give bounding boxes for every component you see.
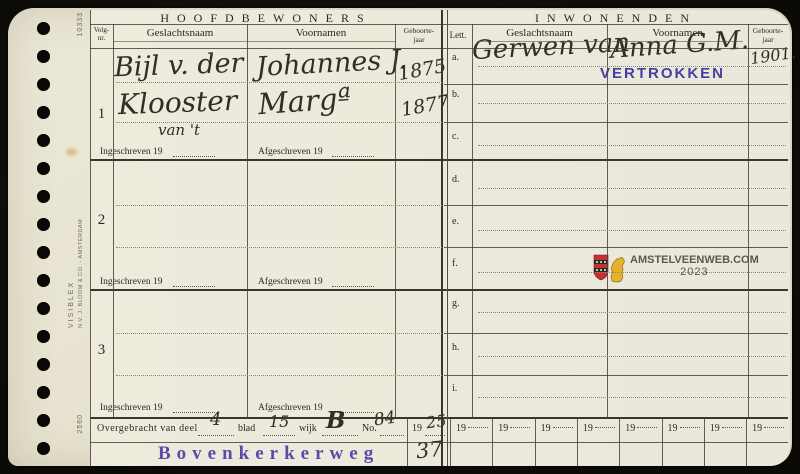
grid-line-horizontal bbox=[444, 247, 788, 248]
dotted-writing-line bbox=[116, 205, 442, 206]
overgebracht-label: Overgebracht van deel bbox=[97, 423, 198, 434]
dotted-writing-line bbox=[116, 82, 442, 83]
punch-hole bbox=[37, 50, 50, 63]
inwonenden-letter-label: e. bbox=[452, 216, 459, 227]
col-header-volgnr-line1: Volg- bbox=[94, 26, 109, 34]
afgeschreven-label-2: Afgeschreven 19 bbox=[258, 277, 323, 287]
ingeschreven-blank-2 bbox=[173, 286, 215, 287]
col-header-geboortejaar-right: Geboorte- jaar bbox=[748, 27, 788, 44]
handwritten-firstname-2: Margª bbox=[257, 81, 352, 121]
row-number-3: 3 bbox=[90, 342, 113, 359]
grid-line-vertical bbox=[407, 417, 408, 466]
grid-line-horizontal bbox=[444, 84, 788, 85]
year-cell-label: 19 bbox=[668, 423, 678, 434]
dotted-writing-line bbox=[116, 375, 442, 376]
grid-line-vertical bbox=[748, 24, 749, 417]
inwonenden-letter-label: i. bbox=[452, 383, 457, 394]
punch-hole bbox=[37, 134, 50, 147]
grid-line-vertical bbox=[472, 24, 473, 417]
year-cell: 19 bbox=[662, 417, 705, 466]
row-number-1: 1 bbox=[90, 106, 113, 123]
punch-hole bbox=[37, 246, 50, 259]
ingeschreven-label-2: Ingeschreven 19 bbox=[100, 277, 163, 287]
afgeschreven-blank-1 bbox=[332, 156, 374, 157]
grid-line-horizontal bbox=[247, 41, 395, 42]
handwritten-no: 84 bbox=[373, 408, 397, 431]
punch-hole bbox=[37, 302, 50, 315]
grid-line-horizontal bbox=[90, 289, 788, 291]
punch-hole bbox=[37, 106, 50, 119]
ingeschreven-blank-3 bbox=[173, 412, 215, 413]
row-number-2: 2 bbox=[90, 212, 113, 229]
deel-blank bbox=[198, 435, 234, 436]
handwritten-surname-2-sub: van 't bbox=[158, 121, 200, 139]
dotted-writing-line bbox=[478, 230, 786, 231]
year-cell-blank bbox=[637, 427, 657, 428]
blad-label: blad bbox=[238, 423, 255, 434]
geboortejaar-right-line2: jaar bbox=[762, 35, 773, 44]
section-divider-line bbox=[441, 10, 448, 466]
year-cell-label: 19 bbox=[583, 423, 593, 434]
ingeschreven-label-1: Ingeschreven 19 bbox=[100, 147, 163, 157]
watermark-site: AMSTELVEENWEB.COM bbox=[630, 254, 759, 266]
year-cell-blank bbox=[722, 427, 742, 428]
punch-hole bbox=[37, 22, 50, 35]
year-prefix: 19 bbox=[412, 423, 422, 434]
handwritten-surname-1: Bijl v. der bbox=[113, 48, 243, 83]
handwritten-house-number: 37 bbox=[415, 437, 444, 464]
inwonenden-letter-label: a. bbox=[452, 52, 459, 63]
grid-line-vertical bbox=[90, 10, 91, 466]
afgeschreven-blank-2 bbox=[332, 286, 374, 287]
grid-line-vertical bbox=[607, 24, 608, 417]
punch-hole bbox=[37, 358, 50, 371]
maker-name: VISIBLEX bbox=[68, 158, 75, 328]
punch-hole bbox=[37, 274, 50, 287]
inwonenden-letter-label: b. bbox=[452, 89, 460, 100]
year-cell: 19 bbox=[577, 417, 620, 466]
year-cell-label: 19 bbox=[752, 423, 762, 434]
paper-stain bbox=[66, 148, 77, 156]
handwritten-wijk: B bbox=[326, 407, 345, 434]
grid-line-horizontal bbox=[612, 41, 743, 42]
grid-line-horizontal bbox=[444, 375, 788, 376]
scan-background: 10333 2560 VISIBLEX N.V. J. BLOOM & CO. … bbox=[0, 0, 800, 474]
dotted-writing-line bbox=[478, 272, 786, 273]
year-cell: 19 bbox=[704, 417, 747, 466]
inwonenden-letter-label: f. bbox=[452, 258, 458, 269]
col-header-lett: Lett. bbox=[444, 30, 472, 40]
wijk-blank bbox=[322, 435, 358, 436]
col-header-voornamen-left: Voornamen bbox=[247, 27, 395, 39]
inwonenden-letter-label: g. bbox=[452, 298, 460, 309]
punch-hole bbox=[37, 330, 50, 343]
grid-line-horizontal bbox=[477, 41, 607, 42]
dotted-writing-line bbox=[478, 188, 786, 189]
year-cell-label: 19 bbox=[456, 423, 466, 434]
vertrokken-stamp: VERTROKKEN bbox=[600, 65, 725, 82]
grid-line-horizontal bbox=[444, 122, 788, 123]
edge-number-bottom: 2560 bbox=[77, 414, 84, 434]
dotted-writing-line bbox=[116, 122, 442, 123]
dotted-writing-line bbox=[478, 66, 786, 67]
geboortejaar-left-line2: jaar bbox=[413, 35, 424, 44]
amstelveen-crest-icon bbox=[592, 254, 626, 284]
grid-line-horizontal bbox=[90, 48, 788, 49]
col-header-volgnr: Volg- nr. bbox=[90, 26, 113, 42]
punch-hole bbox=[37, 414, 50, 427]
year-cell: 19 bbox=[492, 417, 535, 466]
dotted-writing-line bbox=[116, 247, 442, 248]
handwritten-deel: 4 bbox=[210, 409, 221, 430]
col-header-geboortejaar-left: Geboorte- jaar bbox=[395, 27, 443, 44]
ingeschreven-blank-1 bbox=[173, 156, 215, 157]
dotted-writing-line bbox=[478, 356, 786, 357]
ingeschreven-label-3: Ingeschreven 19 bbox=[100, 403, 163, 413]
year-cell-label: 19 bbox=[498, 423, 508, 434]
grid-line-vertical bbox=[113, 24, 114, 417]
maker-address: N.V. J. BLOOM & CO. - AMSTERDAM bbox=[78, 158, 84, 328]
year-cell-blank bbox=[595, 427, 615, 428]
punch-hole bbox=[37, 190, 50, 203]
edge-number-top: 10333 bbox=[77, 12, 84, 36]
grid-line-horizontal bbox=[444, 205, 788, 206]
year-cell: 19 bbox=[746, 417, 789, 466]
grid-line-horizontal bbox=[113, 41, 247, 42]
punch-hole bbox=[37, 78, 50, 91]
dotted-writing-line bbox=[116, 333, 442, 334]
handwritten-blad: 15 bbox=[269, 412, 289, 431]
year-cell-label: 19 bbox=[541, 423, 551, 434]
year-cell: 19 bbox=[535, 417, 578, 466]
dotted-writing-line bbox=[478, 145, 786, 146]
blad-blank bbox=[263, 435, 295, 436]
dotted-writing-line bbox=[478, 103, 786, 104]
year-cell-blank bbox=[553, 427, 573, 428]
year-cell: 19 bbox=[619, 417, 662, 466]
wijk-label: wijk bbox=[299, 423, 317, 434]
punch-hole bbox=[37, 442, 50, 455]
address-stamp: Bovenkerkerweg bbox=[158, 443, 379, 465]
year-cell-blank bbox=[764, 427, 784, 428]
inwonenden-letter-label: c. bbox=[452, 131, 459, 142]
punch-hole bbox=[37, 162, 50, 175]
year-cell: 19 bbox=[450, 417, 493, 466]
inwonenden-letter-label: h. bbox=[452, 342, 460, 353]
afgeschreven-label-3: Afgeschreven 19 bbox=[258, 403, 323, 413]
grid-line-horizontal bbox=[90, 159, 788, 161]
year-cell-label: 19 bbox=[710, 423, 720, 434]
afgeschreven-label-1: Afgeschreven 19 bbox=[258, 147, 323, 157]
register-card: 10333 2560 VISIBLEX N.V. J. BLOOM & CO. … bbox=[8, 8, 792, 466]
dotted-writing-line bbox=[478, 312, 786, 313]
year-cell-blank bbox=[680, 427, 700, 428]
col-header-geslachtsnaam-left: Geslachtsnaam bbox=[113, 27, 247, 39]
year-cell-label: 19 bbox=[625, 423, 635, 434]
watermark: AMSTELVEENWEB.COM 2023 bbox=[592, 254, 759, 284]
col-header-volgnr-line2: nr. bbox=[98, 34, 105, 42]
no-blank bbox=[380, 435, 404, 436]
year-cell-blank bbox=[510, 427, 530, 428]
grid-line-horizontal bbox=[444, 333, 788, 334]
grid-line-horizontal bbox=[90, 24, 788, 25]
handwritten-surname-2: Klooster bbox=[117, 84, 237, 121]
punch-hole bbox=[37, 218, 50, 231]
inwonenden-letter-label: d. bbox=[452, 174, 460, 185]
dotted-writing-line bbox=[478, 397, 786, 398]
year-cell-blank bbox=[468, 427, 488, 428]
punch-hole bbox=[37, 386, 50, 399]
